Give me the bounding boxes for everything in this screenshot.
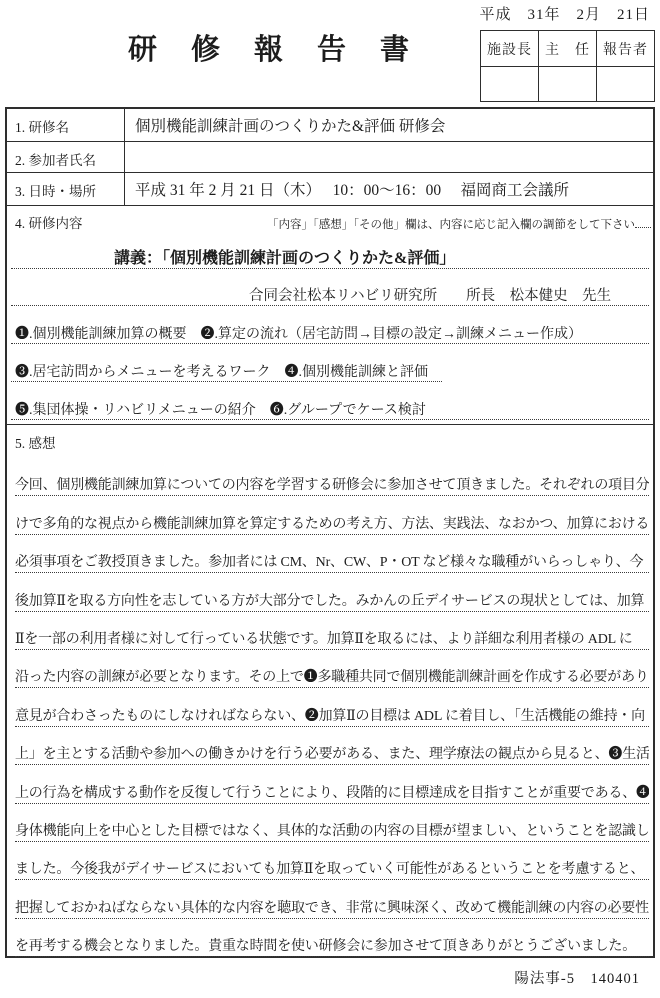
impressions-line: 身体機能向上を中心とした目標ではなく、具体的な活動の内容の目標が望ましい、という… — [15, 804, 649, 842]
report-body-table: 1. 研修名 個別機能訓練計画のつくりかた&評価 研修会 2. 参加者氏名 3.… — [5, 107, 655, 958]
impressions-line: 後加算Ⅱを取る方向性を志している方が大部分でした。みかんの丘デイサービスの現状と… — [15, 573, 649, 611]
field-row-datetime-place: 3. 日時・場所 平成 31 年 2 月 21 日（木） 10：00～16：00… — [7, 173, 653, 206]
impressions-line: 上」を主とする活動や参加への働きかけを行う必要がある、また、理学療法の観点から見… — [15, 727, 649, 765]
field-value-datetime-place: 平成 31 年 2 月 21 日（木） 10：00～16：00 福岡商工会議所 — [125, 173, 653, 205]
approval-header-chief: 主 任 — [539, 31, 597, 67]
section4-header: 4. 研修内容 「内容」「感想」「その他」欄は、内容に応じ記入欄の調節をして下さ… — [7, 206, 653, 232]
topics-line-3: ❺.集団体操・リハビリメニューの紹介 ❻.グループでケース検討 — [11, 382, 649, 420]
field-row-training-name: 1. 研修名 個別機能訓練計画のつくりかた&評価 研修会 — [7, 109, 653, 142]
impressions-line: 今回、個別機能訓練加算についての内容を学習する研修会に参加させて頂きました。それ… — [15, 458, 649, 496]
training-report-page: 平成 31年 2月 21日 研修報告書 施設長 主 任 報告者 1. 研修名 個… — [0, 0, 660, 998]
impressions-line: 意見が合わさったものにしなければならない、❷加算Ⅱの目標は ADL に着目し、「… — [15, 688, 649, 726]
approval-stamp-table: 施設長 主 任 報告者 — [480, 30, 655, 102]
field-label-training-name: 1. 研修名 — [7, 109, 125, 141]
impressions-line: 上の行為を構成する動作を反復して行うことにより、段階的に目標達成を目指すことが重… — [15, 765, 649, 803]
impressions-line: Ⅱを一部の利用者様に対して行っている状態です。加算Ⅱを取るには、より詳細な利用者… — [15, 612, 649, 650]
stamp-cell-facility-director — [481, 67, 539, 102]
field-value-participants — [125, 142, 653, 172]
lecturer-line: 合同会社松本リハビリ研究所 所長 松本健史 先生 — [11, 269, 649, 306]
impressions-line: 把握しておかねばならない具体的な内容を聴取でき、非常に興味深く、改めて機能訓練の… — [15, 880, 649, 918]
approval-header-row: 施設長 主 任 報告者 — [481, 31, 655, 67]
approval-header-reporter: 報告者 — [597, 31, 655, 67]
section4-instruction-note: 「内容」「感想」「その他」欄は、内容に応じ記入欄の調節をして下さい — [267, 212, 651, 232]
field-row-participants: 2. 参加者氏名 — [7, 142, 653, 173]
topics-line-2-text: ❸.居宅訪問からメニューを考えるワーク ❹.個別機能訓練と評価 — [11, 361, 442, 382]
field-label-participants: 2. 参加者氏名 — [7, 142, 125, 172]
section-impressions: 5. 感想 今回、個別機能訓練加算についての内容を学習する研修会に参加させて頂き… — [7, 425, 653, 958]
impressions-line: 必須事項をご教授頂きました。参加者には CM、Nr、CW、P・OT など様々な職… — [15, 535, 649, 573]
document-code: 陽法事-5 140401 — [514, 967, 640, 988]
dotted-trail — [635, 215, 651, 228]
stamp-cell-chief — [539, 67, 597, 102]
impressions-line: 沿った内容の訓練が必要となります。その上で❶多職種共同で個別機能訓練計画を作成す… — [15, 650, 649, 688]
section4-label: 4. 研修内容 — [15, 212, 83, 232]
report-date: 平成 31年 2月 21日 — [479, 3, 650, 24]
page-title: 研修報告書 — [118, 27, 448, 68]
approval-stamp-row — [481, 67, 655, 102]
topics-line-1: ❶.個別機能訓練加算の概要 ❷.算定の流れ（居宅訪問→目標の設定→訓練メニュー作… — [11, 306, 649, 344]
section5-label: 5. 感想 — [15, 432, 649, 458]
impressions-line: けで多角的な視点から機能訓練加算を算定するための考え方、方法、実践法、なおかつ、… — [15, 496, 649, 534]
section4-note-text: 「内容」「感想」「その他」欄は、内容に応じ記入欄の調節をして下さい — [267, 219, 635, 231]
field-label-datetime-place: 3. 日時・場所 — [7, 173, 125, 205]
topics-line-2: ❸.居宅訪問からメニューを考えるワーク ❹.個別機能訓練と評価 — [11, 344, 649, 382]
impressions-line: ました。今後我がデイサービスにおいても加算Ⅱを取っていく可能性があるということを… — [15, 842, 649, 880]
section-training-content: 4. 研修内容 「内容」「感想」「その他」欄は、内容に応じ記入欄の調節をして下さ… — [7, 206, 653, 425]
impressions-line: を再考する機会となりました。貴重な時間を使い研修会に参加させて頂きありがとうござ… — [15, 919, 649, 957]
field-value-training-name: 個別機能訓練計画のつくりかた&評価 研修会 — [125, 109, 653, 141]
stamp-cell-reporter — [597, 67, 655, 102]
approval-header-facility-director: 施設長 — [481, 31, 539, 67]
lecture-title-line: 講義：「個別機能訓練計画のつくりかた&評価」 — [11, 238, 649, 269]
